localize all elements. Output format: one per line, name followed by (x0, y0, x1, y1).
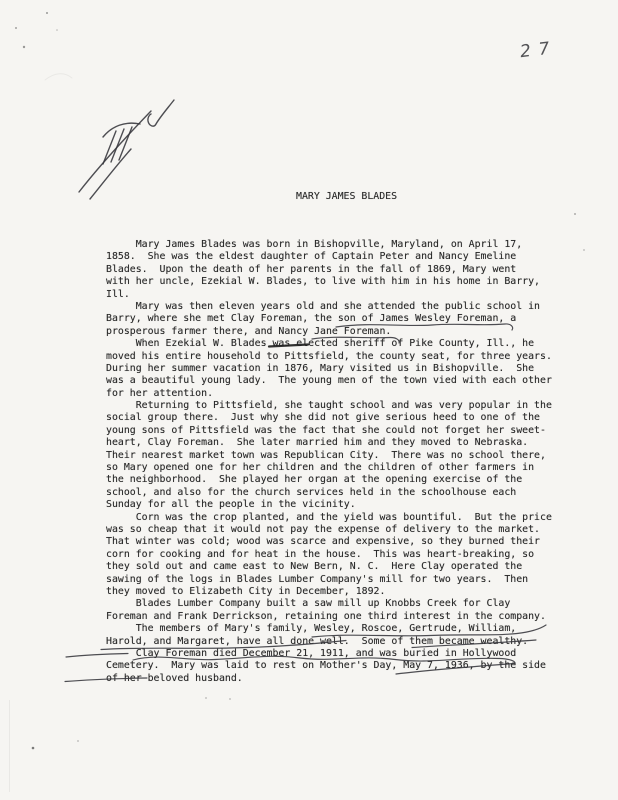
typed-line: school, and also for the church services… (106, 487, 576, 499)
typed-line: Returning to Pittsfield, she taught scho… (106, 400, 576, 412)
typed-line: Their nearest market town was Republican… (106, 450, 576, 462)
typed-line: they sold out and came east to New Bern,… (106, 561, 576, 573)
typed-line: Clay Foreman died December 21, 1911, and… (106, 648, 576, 660)
typed-line: Mary James Blades was born in Bishopvill… (106, 239, 576, 251)
typed-line: Blades Lumber Company built a saw mill u… (106, 598, 576, 610)
typed-line: 1858. She was the eldest daughter of Cap… (106, 251, 576, 263)
handwritten-page-number: 27 (519, 38, 559, 62)
typed-line: Foreman and Frank Derrickson, retaining … (106, 611, 576, 623)
typed-line: The members of Mary's family, Wesley, Ro… (106, 623, 576, 635)
typed-line: Cemetery. Mary was laid to rest on Mothe… (106, 660, 576, 672)
typed-line: Harold, and Margaret, have all done well… (106, 636, 576, 648)
typed-line: they moved to Elizabeth City in December… (106, 586, 576, 598)
typed-line: young sons of Pittsfield was the fact th… (106, 425, 576, 437)
typed-line: with her uncle, Ezekial W. Blades, to li… (106, 276, 576, 288)
typed-line: sawing of the logs in Blades Lumber Comp… (106, 574, 576, 586)
typed-line: prosperous farmer there, and Nancy Jane … (106, 326, 576, 338)
typed-line: of her beloved husband. (106, 673, 576, 685)
typed-line: for her attention. (106, 388, 576, 400)
typed-line: heart, Clay Foreman. She later married h… (106, 437, 576, 449)
typed-line: Blades. Upon the death of her parents in… (106, 264, 576, 276)
typed-line: Mary was then eleven years old and she a… (106, 301, 576, 313)
scanned-document-page: 27 MARY JAMES BLADES Mary James Blades w… (0, 0, 618, 800)
typed-line: was so cheap that it would not pay the e… (106, 524, 576, 536)
typed-line: Corn was the crop planted, and the yield… (106, 512, 576, 524)
typed-line: That winter was cold; wood was scarce an… (106, 536, 576, 548)
typed-line: During her summer vacation in 1876, Mary… (106, 363, 576, 375)
document-title: MARY JAMES BLADES (296, 191, 397, 203)
typed-line: Sunday for all the people in the vicinit… (106, 499, 576, 511)
typed-line: so Mary opened one for her children and … (106, 462, 576, 474)
typed-text-block: Mary James Blades was born in Bishopvill… (106, 239, 576, 685)
typed-line: corn for cooking and for heat in the hou… (106, 549, 576, 561)
typed-line: moved his entire household to Pittsfield… (106, 351, 576, 363)
typed-line: When Ezekial W. Blades was elected sheri… (106, 338, 576, 350)
typed-line: the neighborhood. She played her organ a… (106, 474, 576, 486)
typed-line: was a beautiful young lady. The young me… (106, 375, 576, 387)
typed-line: Barry, where she met Clay Foreman, the s… (106, 313, 576, 325)
typed-line: social group there. Just why she did not… (106, 412, 576, 424)
check-mark (148, 100, 174, 126)
typed-line: Ill. (106, 289, 576, 301)
pen-scribble-numeral (79, 111, 151, 199)
